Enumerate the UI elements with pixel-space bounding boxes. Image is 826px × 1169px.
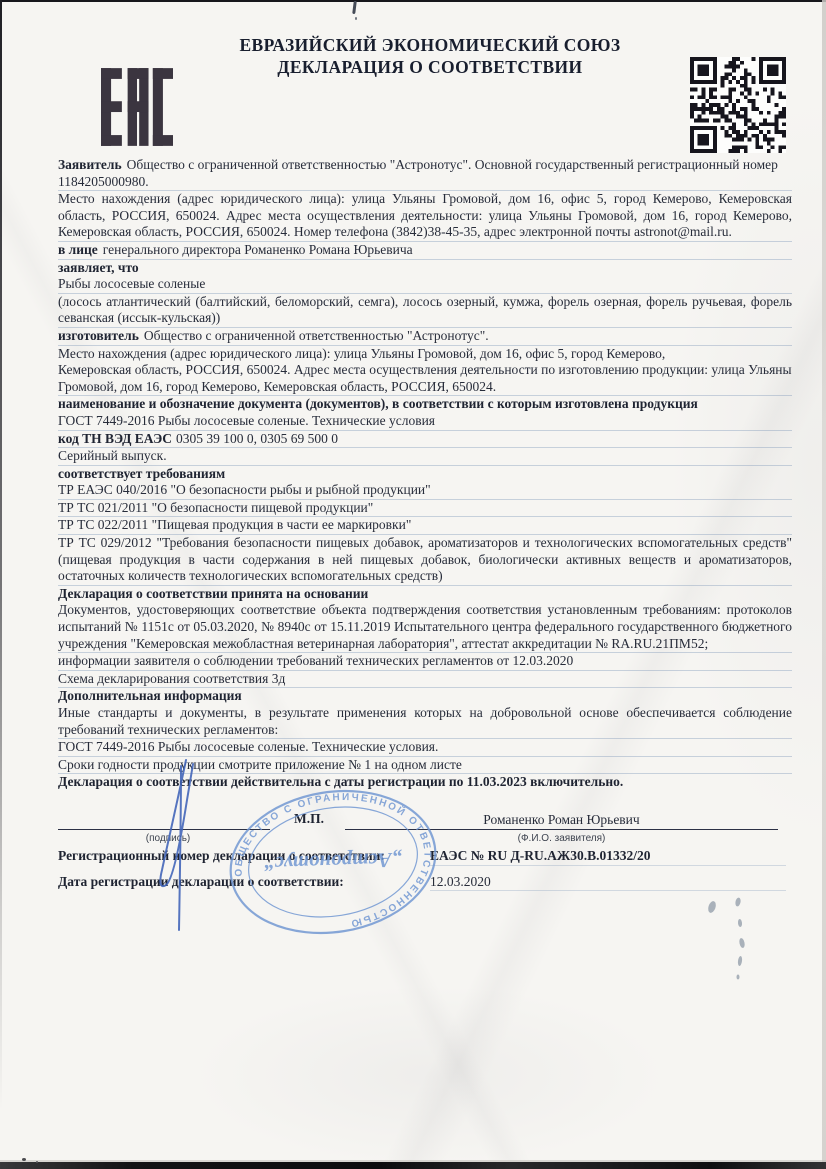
qr-code bbox=[690, 57, 786, 153]
stamp-center-text: „Астронотус“ bbox=[263, 848, 402, 877]
doc-basis-value: ГОСТ 7449-2016 Рыбы лососевые соленые. Т… bbox=[58, 413, 792, 431]
applicant-name: Общество с ограниченной ответственностью… bbox=[58, 157, 778, 189]
in-person-text: генерального директора Романенко Романа … bbox=[103, 242, 413, 257]
union-title: ЕВРАЗИЙСКИЙ ЭКОНОМИЧЕСКИЙ СОЮЗ bbox=[60, 34, 800, 56]
applicant-line: ЗаявительОбщество с ограниченной ответст… bbox=[58, 157, 792, 191]
basis-documents: Документов, удостоверяющих соответствие … bbox=[58, 602, 792, 653]
manufacturer-label: изготовитель bbox=[58, 328, 139, 343]
manufacturer-line: изготовительОбщество с ограниченной отве… bbox=[58, 328, 792, 346]
company-stamp: ОБЩЕСТВО С ОГРАНИЧЕННОЙ ОТВЕТСТВЕННОСТЬЮ… bbox=[223, 782, 443, 942]
basis-applicant-info: информации заявителя о соблюдении требов… bbox=[58, 653, 792, 671]
product-name: Рыбы лососевые соленые bbox=[58, 276, 792, 294]
registration-number-value: ЕАЭС № RU Д-RU.АЖ30.В.01332/20 bbox=[430, 848, 786, 866]
scan-edge-left bbox=[0, 0, 2, 1169]
in-person-label: в лице bbox=[58, 242, 98, 257]
declares-label: заявляет, что bbox=[58, 260, 792, 277]
scan-edge-bottom bbox=[0, 1162, 826, 1169]
qr-code-image bbox=[690, 57, 786, 153]
compliance-label: соответствует требованиям bbox=[58, 466, 792, 483]
regulation-tr-029: ТР ТС 029/2012 "Требования безопасности … bbox=[58, 535, 792, 586]
applicant-label: Заявитель bbox=[58, 157, 122, 172]
tn-ved-label: код ТН ВЭД ЕАЭС bbox=[58, 431, 176, 448]
tn-ved-value: 0305 39 100 0, 0305 69 500 0 bbox=[176, 431, 338, 446]
applicant-address: Место нахождения (адрес юридического лиц… bbox=[58, 191, 792, 242]
product-details: (лосось атлантический (балтийский, белом… bbox=[58, 294, 792, 328]
doc-basis-label: наименование и обозначение документа (до… bbox=[58, 396, 792, 413]
additional-label: Дополнительная информация bbox=[58, 688, 792, 705]
ink-speck bbox=[22, 1158, 26, 1161]
document-page: ЕВРАЗИЙСКИЙ ЭКОНОМИЧЕСКИЙ СОЮЗ ДЕКЛАРАЦИ… bbox=[0, 0, 826, 1169]
basis-scheme: Схема декларирования соответствия 3д bbox=[58, 671, 792, 689]
ink-speck bbox=[36, 1161, 38, 1163]
basis-label: Декларация о соответствии принята на осн… bbox=[58, 586, 792, 603]
pen-dot-mark bbox=[355, 17, 357, 20]
tn-ved-line: код ТН ВЭД ЕАЭС0305 39 100 0, 0305 69 50… bbox=[58, 431, 792, 449]
in-person-line: в лицегенерального директора Романенко Р… bbox=[58, 242, 792, 260]
manufacturer-address: Место нахождения (адрес юридического лиц… bbox=[58, 346, 792, 397]
additional-standards: Иные стандарты и документы, в результате… bbox=[58, 705, 792, 739]
manufacturer-name: Общество с ограниченной ответственностью… bbox=[144, 328, 489, 343]
regulation-tr-021: ТР ТС 021/2011 "О безопасности пищевой п… bbox=[58, 500, 792, 518]
ink-smudge-marks bbox=[700, 893, 770, 993]
scan-edge-top bbox=[0, 0, 826, 2]
scan-edge-right bbox=[822, 0, 826, 1169]
document-title: ДЕКЛАРАЦИЯ О СООТВЕТСТВИИ bbox=[60, 56, 800, 78]
serial-release: Серийный выпуск. bbox=[58, 448, 792, 466]
header-titles: ЕВРАЗИЙСКИЙ ЭКОНОМИЧЕСКИЙ СОЮЗ ДЕКЛАРАЦИ… bbox=[60, 34, 800, 78]
registration-date-value: 12.03.2020 bbox=[430, 874, 786, 892]
pen-tick-mark bbox=[352, 1, 357, 14]
handwritten-signature bbox=[146, 752, 216, 942]
eac-logo bbox=[101, 67, 173, 152]
eac-logo-glyphs bbox=[101, 67, 173, 147]
regulation-tr-040: ТР ЕАЭС 040/2016 "О безопасности рыбы и … bbox=[58, 482, 792, 500]
regulation-tr-022: ТР ТС 022/2011 "Пищевая продукция в част… bbox=[58, 517, 792, 535]
